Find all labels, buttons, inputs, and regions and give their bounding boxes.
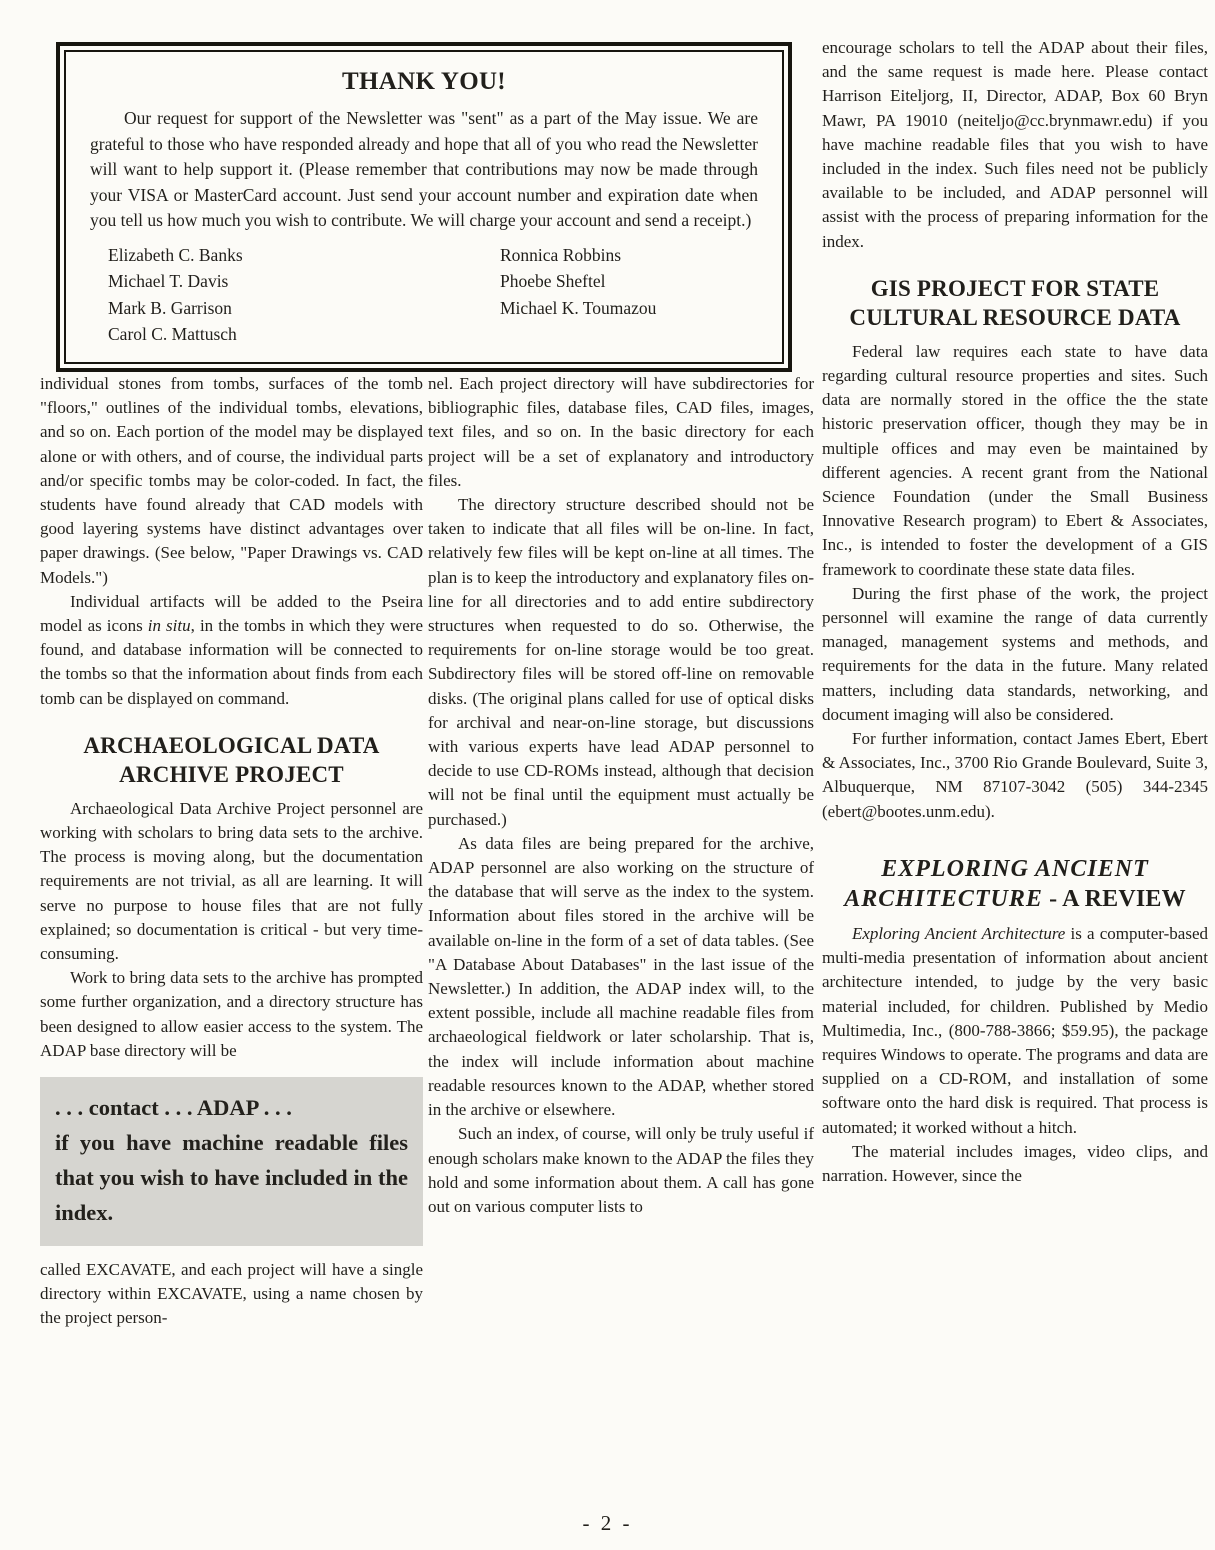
pull-quote-box: . . . contact . . . ADAP . . .if you hav… <box>40 1077 423 1246</box>
newsletter-page: THANK YOU! Our request for support of th… <box>0 0 1215 1550</box>
heading-line: EXPLORING ANCIENT <box>881 856 1148 882</box>
heading-exploring-ancient-architecture-review: EXPLORING ANCIENTARCHITECTURE - A REVIEW <box>822 854 1208 914</box>
paragraph-review-intro: Exploring Ancient Architecture is a comp… <box>822 922 1208 1140</box>
donor-names-left: Elizabeth C. Banks Michael T. Davis Mark… <box>108 242 500 348</box>
paragraph-excavate: called EXCAVATE, and each project will h… <box>40 1258 423 1331</box>
thank-you-box-inner: THANK YOU! Our request for support of th… <box>64 50 784 364</box>
donor-name-lists: Elizabeth C. Banks Michael T. Davis Mark… <box>90 242 758 348</box>
column-1: individual stones from tombs, surfaces o… <box>40 372 423 1331</box>
paragraph-first-phase: During the first phase of the work, the … <box>822 582 1208 727</box>
paragraph-directory-structure: The directory structure described should… <box>428 493 814 832</box>
donor-name: Michael T. Davis <box>108 268 500 295</box>
paragraph-subdirectories: nel. Each project directory will have su… <box>428 372 814 493</box>
paragraph-further-information: For further information, contact James E… <box>822 727 1208 824</box>
pull-quote-line: . . . contact . . . ADAP . . . <box>55 1095 292 1120</box>
thank-you-title: THANK YOU! <box>90 68 758 96</box>
pull-quote-text: if you have machine readable files that … <box>55 1130 408 1225</box>
donor-name: Elizabeth C. Banks <box>108 242 500 269</box>
paragraph-archive-personnel: Archaeological Data Archive Project pers… <box>40 797 423 966</box>
heading-archaeological-data-archive-project: ARCHAEOLOGICAL DATAARCHIVE PROJECT <box>40 731 423 789</box>
reviewed-title: Exploring Ancient Architecture <box>852 924 1065 943</box>
donor-name: Ronnica Robbins <box>500 242 656 269</box>
column-2: nel. Each project directory will have su… <box>428 372 814 1219</box>
paragraph-text: is a computer-based multi-media presenta… <box>822 924 1208 1137</box>
paragraph-encourage-scholars: encourage scholars to tell the ADAP abou… <box>822 36 1208 254</box>
thank-you-box: THANK YOU! Our request for support of th… <box>56 42 792 372</box>
heading-line: CULTURAL RESOURCE DATA <box>849 305 1180 330</box>
heading-line: GIS PROJECT FOR STATE <box>871 276 1160 301</box>
paragraph-index-usefulness: Such an index, of course, will only be t… <box>428 1122 814 1219</box>
page-number: - 2 - <box>0 1511 1215 1536</box>
paragraph-federal-law: Federal law requires each state to have … <box>822 340 1208 582</box>
paragraph-tombs-continuation: individual stones from tombs, surfaces o… <box>40 372 423 590</box>
thank-you-body: Our request for support of the Newslette… <box>90 106 758 234</box>
paragraph-database-index: As data files are being prepared for the… <box>428 832 814 1122</box>
paragraph-work-organization: Work to bring data sets to the archive h… <box>40 966 423 1063</box>
donor-name: Mark B. Garrison <box>108 295 500 322</box>
donor-name: Phoebe Sheftel <box>500 268 656 295</box>
heading-line: ARCHITECTURE <box>844 886 1043 912</box>
paragraph-artifacts: Individual artifacts will be added to th… <box>40 590 423 711</box>
paragraph-material-includes: The material includes images, video clip… <box>822 1140 1208 1188</box>
heading-gis-project: GIS PROJECT FOR STATECULTURAL RESOURCE D… <box>822 274 1208 332</box>
heading-line: ARCHIVE PROJECT <box>119 762 344 787</box>
heading-line: - A REVIEW <box>1043 886 1186 912</box>
donor-name: Michael K. Toumazou <box>500 295 656 322</box>
column-3: encourage scholars to tell the ADAP abou… <box>822 36 1208 1188</box>
latin-phrase: in situ <box>148 616 191 635</box>
donor-names-right: Ronnica Robbins Phoebe Sheftel Michael K… <box>500 242 656 348</box>
heading-line: ARCHAEOLOGICAL DATA <box>83 733 379 758</box>
donor-name: Carol C. Mattusch <box>108 321 500 348</box>
